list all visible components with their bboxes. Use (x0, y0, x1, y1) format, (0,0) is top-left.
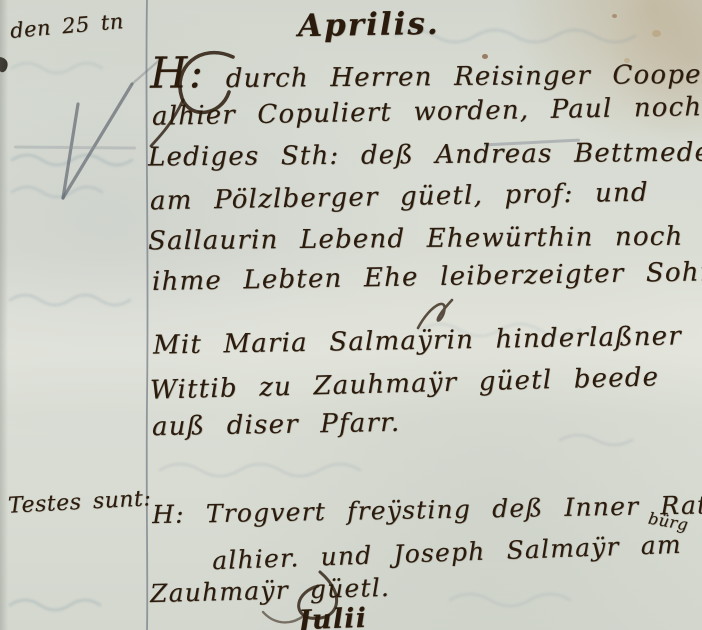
next-month-heading-partial: Julii (298, 605, 368, 630)
testes-margin-note: Testes sunt: (8, 488, 152, 517)
handwritten-line: Wittib zu Zauhmaÿr güetl beede (150, 364, 660, 403)
pencil-checkmark (63, 57, 163, 198)
ink-stain-spot (612, 14, 617, 18)
handwritten-line: auß diser Pfarr. (152, 410, 401, 440)
handwritten-line: ihme Lebten Ehe leiberzeigter Sohn. (152, 259, 702, 295)
handwritten-line: H: Trogvert freÿsting deß Inner Raths (152, 492, 702, 527)
pencil-margin-line (14, 145, 136, 149)
ascender-flourish (418, 300, 452, 328)
foxing-spot (652, 30, 661, 37)
edge-ink-mark (0, 57, 8, 72)
handwritten-line: H: durch Herren Reisinger Cooperath: (150, 53, 702, 92)
handwritten-line: alhier. und Joseph Salmaÿr am (212, 532, 682, 573)
margin-rule-line (146, 0, 147, 630)
scanned-register-page: den 25 tn Aprilis. H: durch Herren Reisi… (0, 0, 702, 630)
handwritten-line: alhier Copuliert worden, Paul noch (152, 94, 702, 130)
handwritten-line: Lediges Sth: deß Andreas Bettmeder (148, 139, 702, 170)
handwritten-line: am Pölzlberger güetl, prof: und (150, 180, 649, 215)
handwritten-line: Sallaurin Lebend Ehewürthin noch (148, 224, 684, 255)
handwritten-line: Mit Maria Salmaÿrin hinderlaßner (153, 323, 682, 358)
month-heading: Aprilis. (298, 9, 440, 42)
margin-date-note: den 25 tn (9, 11, 124, 42)
handwritten-line: Zauhmaÿr güetl. (150, 575, 391, 606)
